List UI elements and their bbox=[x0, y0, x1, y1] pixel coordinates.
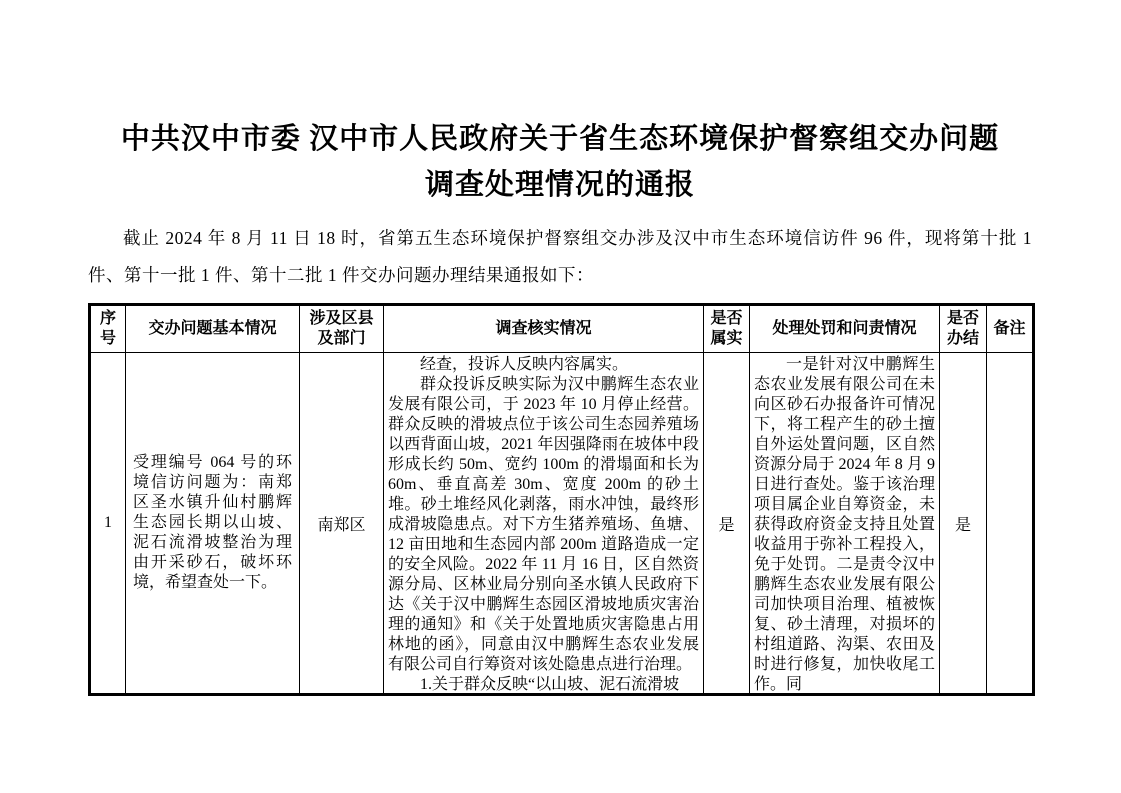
document-title-line2: 调查处理情况的通报 bbox=[425, 169, 695, 201]
cell-seq: 1 bbox=[90, 353, 126, 695]
column-header-verified: 是否属实 bbox=[704, 305, 750, 353]
column-header-investigation: 调查核实情况 bbox=[384, 305, 704, 353]
investigation-text: 经查，投诉人反映内容属实。 群众投诉反映实际为汉中鹏辉生态农业发展有限公司，于 … bbox=[388, 355, 699, 693]
column-header-problem: 交办问题基本情况 bbox=[126, 305, 300, 353]
intro-paragraph: 截止 2024 年 8 月 11 日 18 时，省第五生态环境保护督察组交办涉及… bbox=[88, 220, 1032, 294]
document-title-line1: 中共汉中市委 汉中市人民政府关于省生态环境保护督察组交办问题 bbox=[121, 123, 999, 155]
document-title: 中共汉中市委 汉中市人民政府关于省生态环境保护督察组交办问题 调查处理情况的通报 bbox=[88, 116, 1032, 208]
investigation-paragraph-1: 经查，投诉人反映内容属实。 bbox=[388, 355, 699, 375]
cell-verified: 是 bbox=[704, 353, 750, 695]
cases-table: 序号 交办问题基本情况 涉及区县及部门 调查核实情况 是否属实 处理处罚和问责情… bbox=[88, 303, 1035, 696]
punishment-paragraph: 一是针对汉中鹏辉生态农业发展有限公司在未向区砂石办报备许可情况下，将工程产生的砂… bbox=[754, 355, 935, 693]
column-header-punishment: 处理处罚和问责情况 bbox=[750, 305, 940, 353]
cell-problem: 受理编号 064 号的环境信访问题为：南郑区圣水镇升仙村鹏辉生态园长期以山坡、泥… bbox=[126, 353, 300, 695]
cell-investigation: 经查，投诉人反映内容属实。 群众投诉反映实际为汉中鹏辉生态农业发展有限公司，于 … bbox=[384, 353, 704, 695]
investigation-paragraph-2: 群众投诉反映实际为汉中鹏辉生态农业发展有限公司，于 2023 年 10 月停止经… bbox=[388, 375, 699, 675]
punishment-text: 一是针对汉中鹏辉生态农业发展有限公司在未向区砂石办报备许可情况下，将工程产生的砂… bbox=[754, 355, 935, 693]
table-row: 1 受理编号 064 号的环境信访问题为：南郑区圣水镇升仙村鹏辉生态园长期以山坡… bbox=[90, 353, 1034, 695]
cell-remark bbox=[987, 353, 1034, 695]
document-page: 中共汉中市委 汉中市人民政府关于省生态环境保护督察组交办问题 调查处理情况的通报… bbox=[0, 0, 1121, 793]
table-header-row: 序号 交办问题基本情况 涉及区县及部门 调查核实情况 是否属实 处理处罚和问责情… bbox=[90, 305, 1034, 353]
column-header-seq: 序号 bbox=[90, 305, 126, 353]
investigation-paragraph-3: 1.关于群众反映“以山坡、泥石流滑坡 bbox=[388, 675, 699, 693]
cell-punishment: 一是针对汉中鹏辉生态农业发展有限公司在未向区砂石办报备许可情况下，将工程产生的砂… bbox=[750, 353, 940, 695]
cell-region: 南郑区 bbox=[300, 353, 384, 695]
cell-resolved: 是 bbox=[940, 353, 987, 695]
column-header-region: 涉及区县及部门 bbox=[300, 305, 384, 353]
column-header-remark: 备注 bbox=[987, 305, 1034, 353]
column-header-resolved: 是否办结 bbox=[940, 305, 987, 353]
